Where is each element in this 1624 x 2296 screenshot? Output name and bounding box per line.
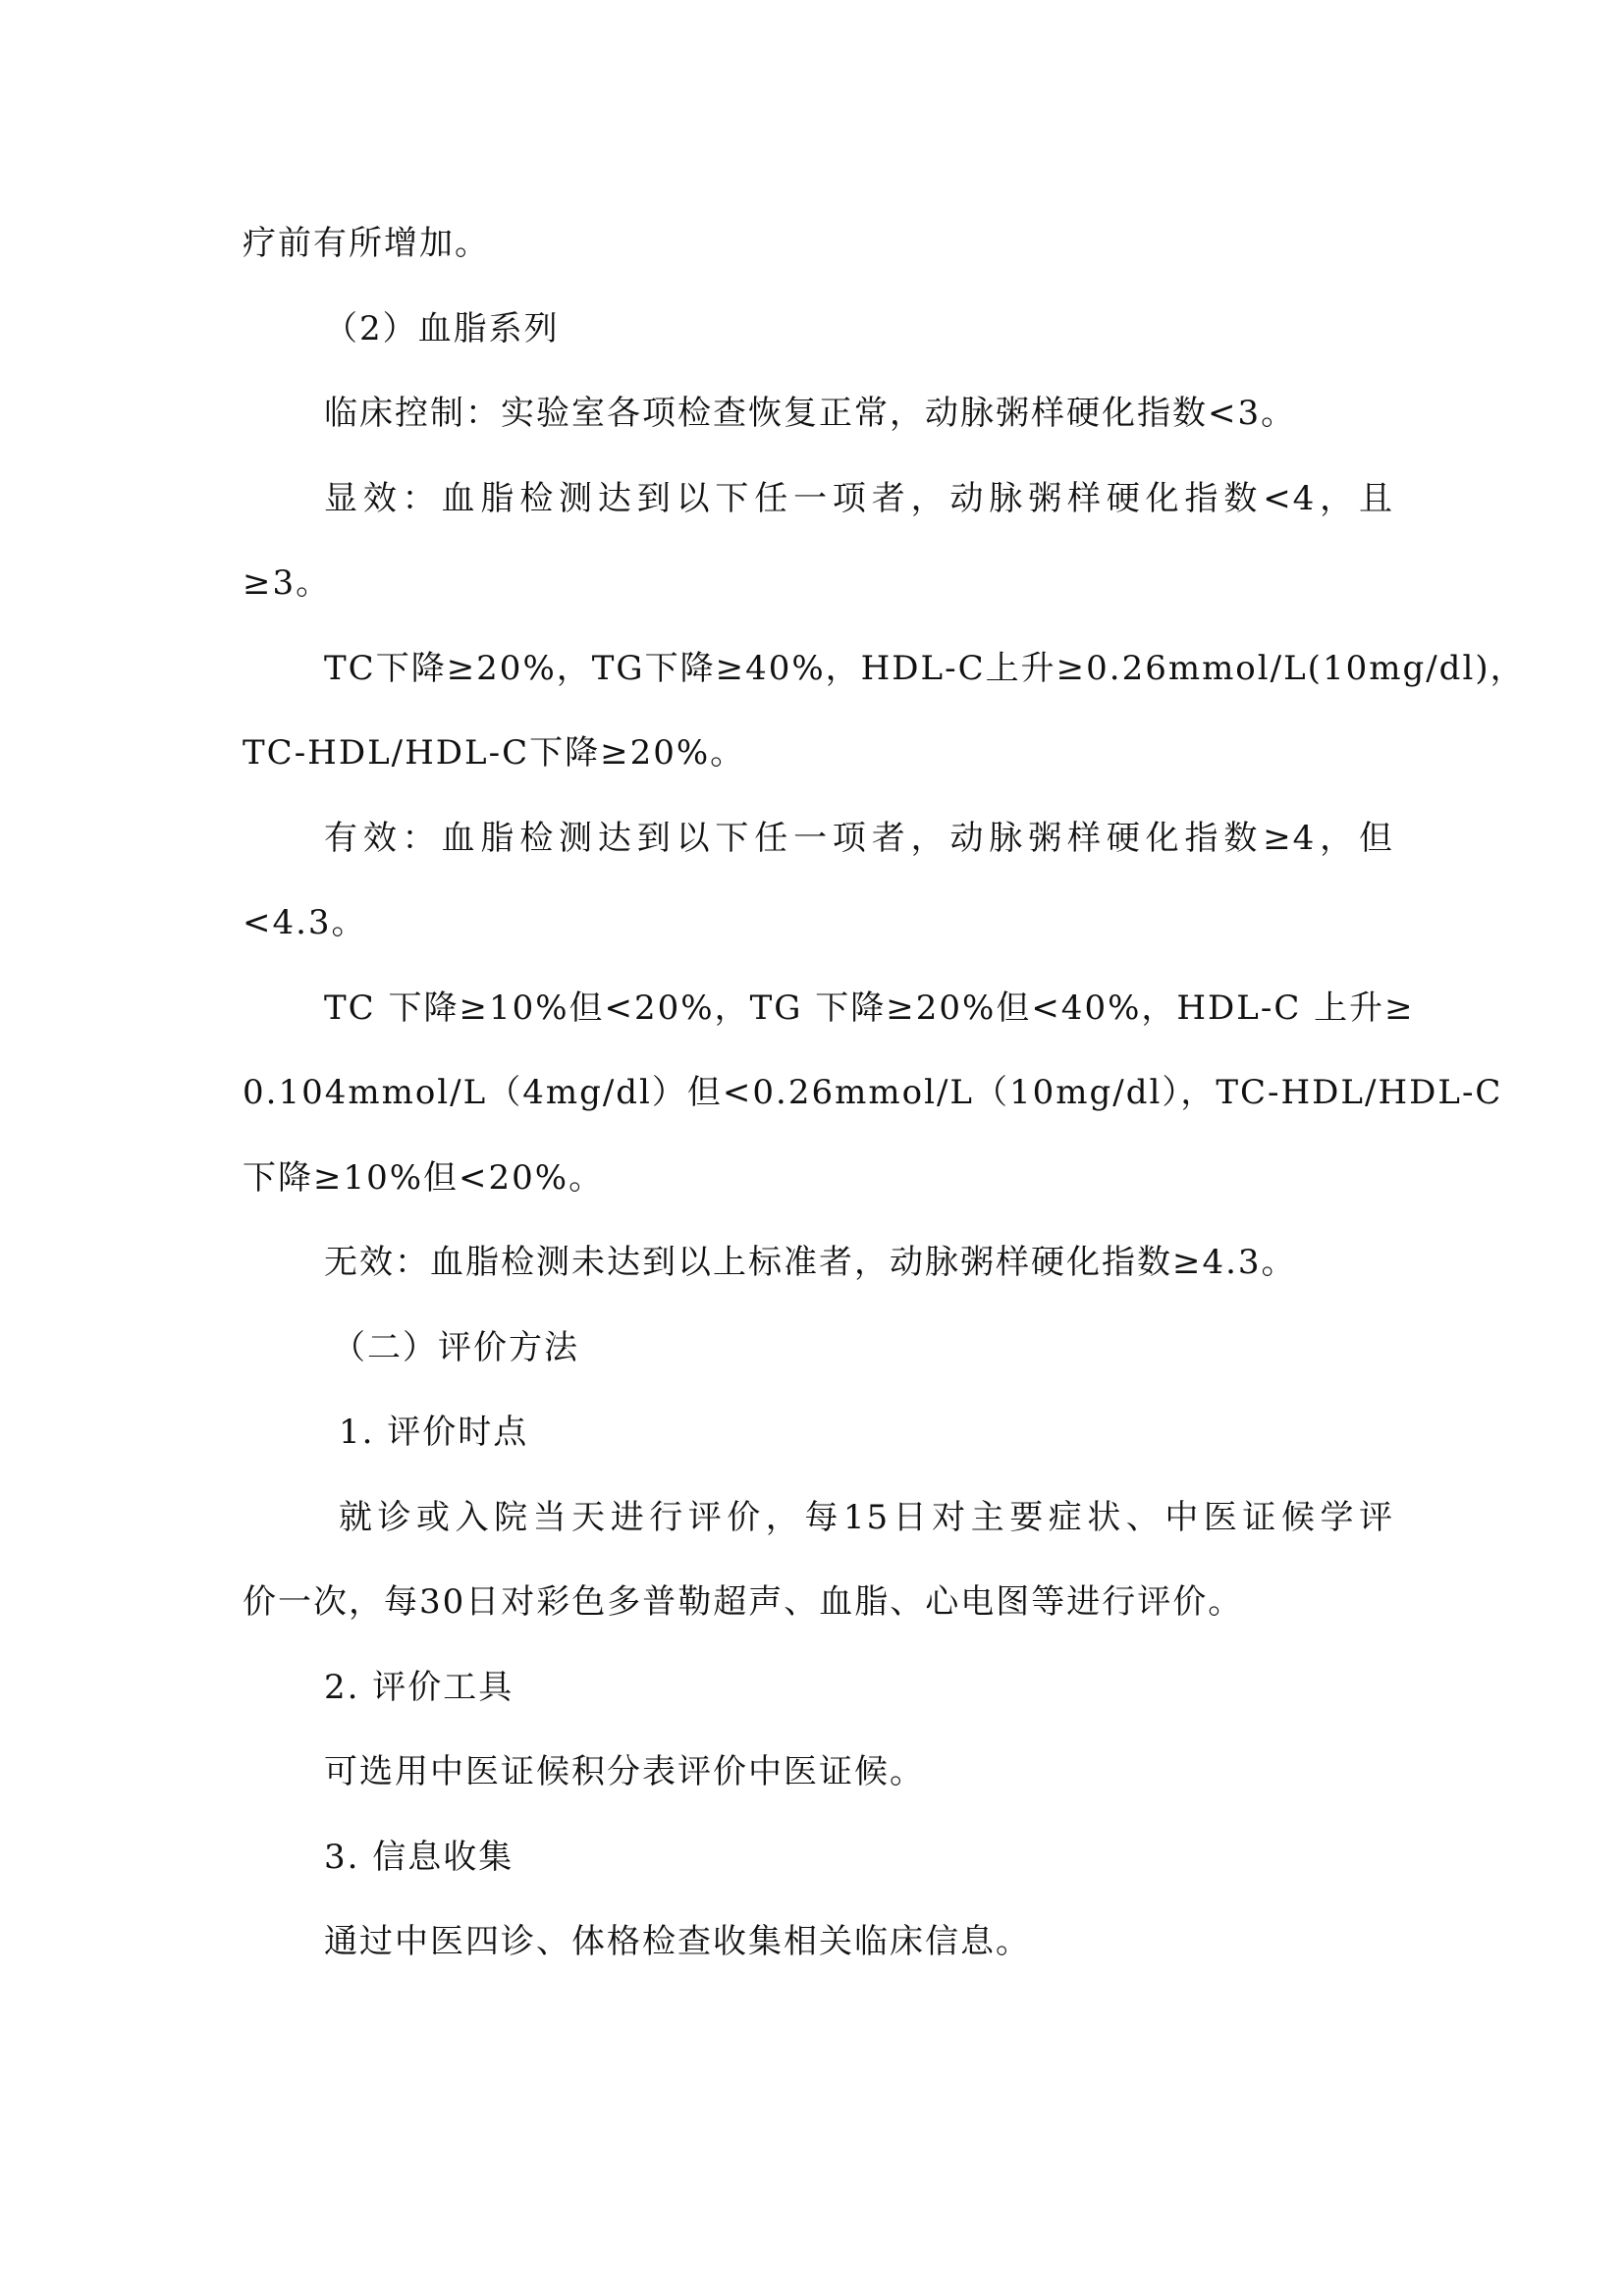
criterion-effective-cont: <4.3。: [243, 901, 1391, 944]
criterion-ineffective: 无效：血脂检测未达到以上标准者，动脉粥样硬化指数≥4.3。: [324, 1241, 1394, 1284]
criterion-marked-effect: 显效：血脂检测达到以下任一项者，动脉粥样硬化指数<4，且: [324, 477, 1394, 520]
marked-effect-thresholds-cont: TC-HDL/HDL-C下降≥20%。: [243, 731, 1391, 774]
evaluation-timepoint-text: 就诊或入院当天进行评价，每15日对主要症状、中医证候学评: [339, 1496, 1394, 1539]
criterion-clinical-control: 临床控制：实验室各项检查恢复正常，动脉粥样硬化指数<3。: [324, 392, 1394, 435]
criterion-effective: 有效：血脂检测达到以下任一项者，动脉粥样硬化指数≥4，但: [324, 817, 1394, 860]
section-heading-evaluation-method: （二）评价方法: [332, 1326, 1481, 1369]
document-page: 疗前有所增加。 （2）血脂系列 临床控制：实验室各项检查恢复正常，动脉粥样硬化指…: [0, 0, 1624, 2296]
marked-effect-thresholds: TC下降≥20%，TG下降≥40%，HDL-C上升≥0.26mmol/L(10m…: [324, 647, 1394, 690]
subsection-heading-blood-lipids: （2）血脂系列: [324, 307, 1394, 350]
effective-thresholds-cont: 0.104mmol/L（4mg/dl）但<0.26mmol/L（10mg/dl）…: [243, 1071, 1391, 1114]
effective-thresholds-end: 下降≥10%但<20%。: [243, 1156, 1391, 1200]
information-collection-text: 通过中医四诊、体格检查收集相关临床信息。: [324, 1920, 1394, 1963]
item-heading-evaluation-tool: 2. 评价工具: [324, 1666, 1394, 1709]
evaluation-timepoint-text-cont: 价一次，每30日对彩色多普勒超声、血脂、心电图等进行评价。: [243, 1580, 1391, 1624]
effective-thresholds: TC 下降≥10%但<20%，TG 下降≥20%但<40%，HDL-C 上升≥: [324, 987, 1394, 1030]
item-heading-information-collection: 3. 信息收集: [324, 1836, 1394, 1879]
paragraph-continuation: 疗前有所增加。: [243, 222, 1391, 265]
evaluation-tool-text: 可选用中医证候积分表评价中医证候。: [324, 1750, 1394, 1793]
criterion-marked-effect-cont: ≥3。: [243, 561, 1391, 605]
item-heading-evaluation-timepoint: 1. 评价时点: [339, 1411, 1488, 1454]
